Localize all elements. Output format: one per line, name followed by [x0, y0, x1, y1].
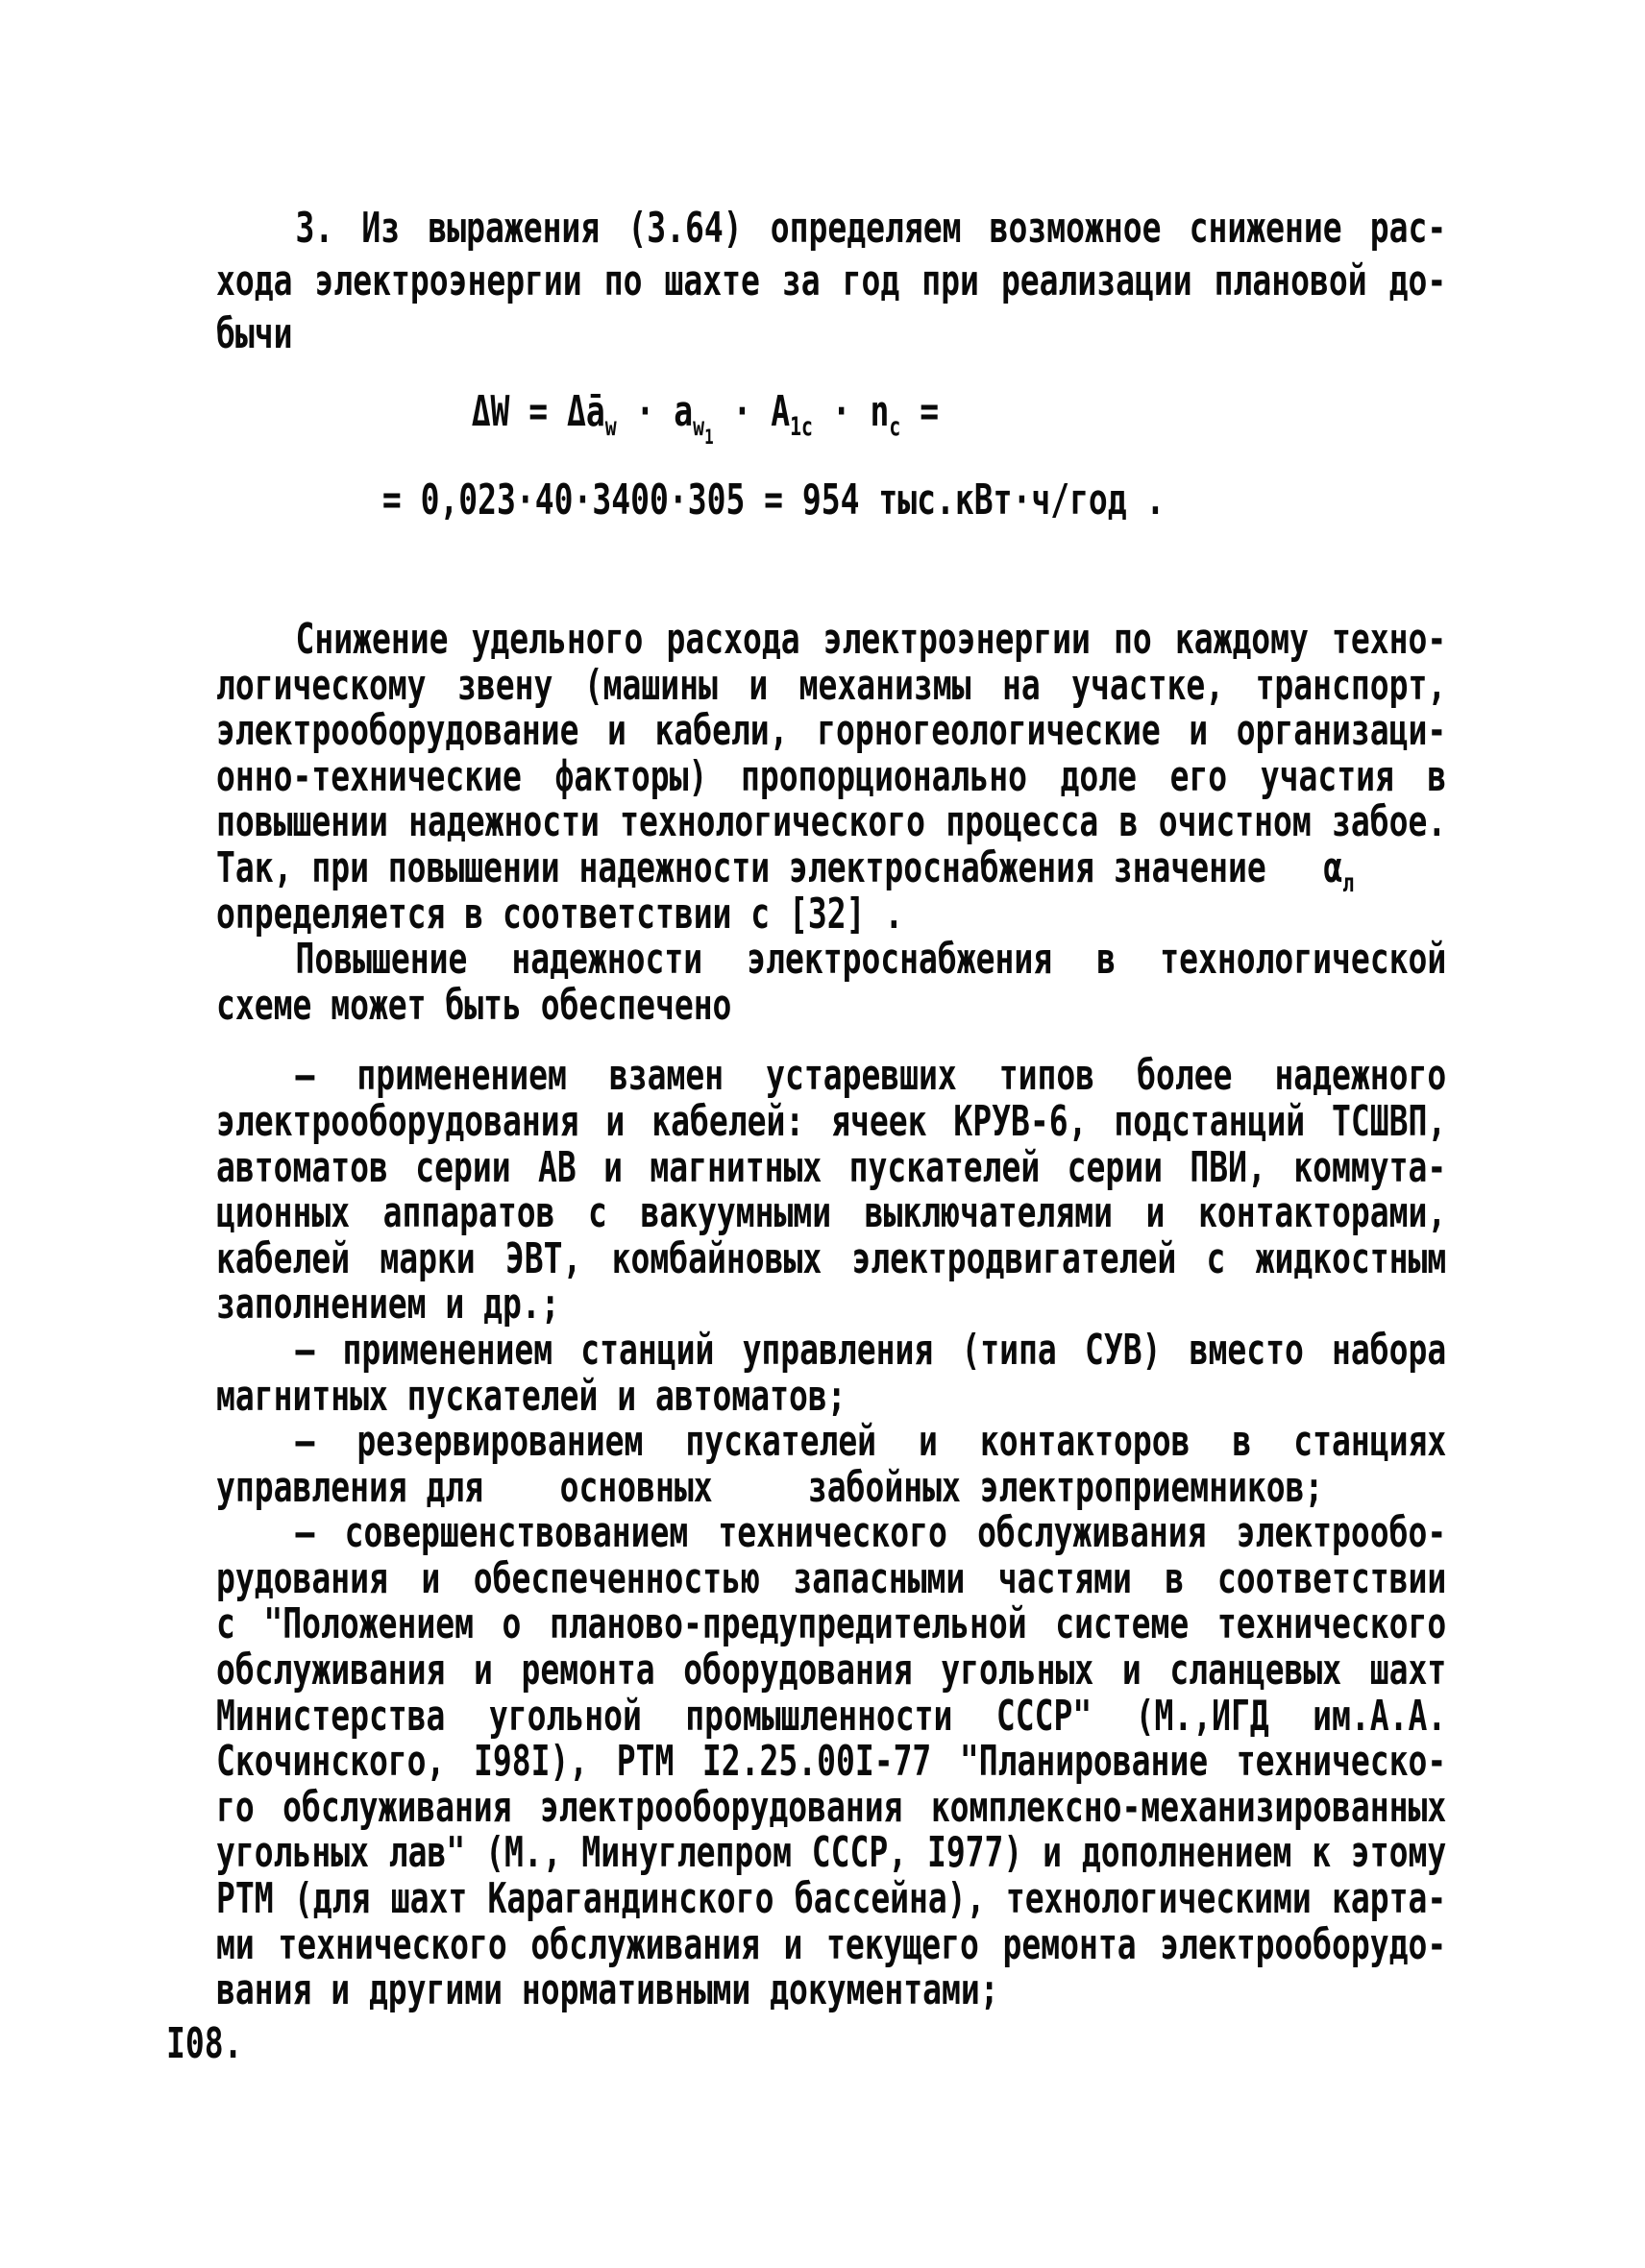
paragraph-main-line: электрооборудование и кабели, горногеоло… [216, 708, 1446, 754]
bullet-1-line: электрооборудования и кабелей: ячеек КРУ… [216, 1099, 1446, 1145]
paragraph-main: Снижение удельного расхода электроэнерги… [216, 617, 1446, 1028]
bullet-4-line: – совершенствованием технического обслуж… [216, 1510, 1446, 1556]
paragraph-intro-line: 3. Из выражения (3.64) определяем возмож… [216, 202, 1446, 255]
bullet-1-line: ционных аппаратов с вакуумными выключате… [216, 1190, 1446, 1236]
paragraph-intro-line: бычи [216, 307, 1446, 360]
bullet-1-line: автоматов серии АВ и магнитных пускателе… [216, 1145, 1446, 1191]
bullet-3: – резервированием пускателей и контактор… [216, 1419, 1446, 1510]
paragraph-intro: 3. Из выражения (3.64) определяем возмож… [216, 202, 1446, 360]
bullet-4-line: Скочинского, I98I), РТМ I2.25.00I-77 "Пл… [216, 1739, 1446, 1785]
bullet-1-line: заполнением и др.; [216, 1281, 1446, 1328]
paragraph-intro-line: хода электроэнергии по шахте за год при … [216, 255, 1446, 307]
bullet-1: – применением взамен устаревших типов бо… [216, 1053, 1446, 1328]
bullet-4-line: угольных лав" (М., Минуглепром СССР, I97… [216, 1830, 1446, 1876]
paragraph-main-line: схеме может быть обеспечено [216, 983, 1446, 1029]
bullet-4-line: рудования и обеспеченностью запасными ча… [216, 1556, 1446, 1602]
bullet-2-line: – применением станций управления (типа С… [216, 1328, 1446, 1374]
bullet-4-line: вания и другими нормативными документами… [216, 1967, 1446, 2013]
text-block: 3. Из выражения (3.64) определяем возмож… [216, 202, 1446, 2013]
page-number: I08. [166, 2021, 242, 2067]
formula: ΔW = Δāw · aw1 · A1c · nc == 0,023·40·34… [216, 389, 1446, 524]
bullet-2-line: магнитных пускателей и автоматов; [216, 1374, 1446, 1420]
bullet-3-line: управления для основных забойных электро… [216, 1465, 1446, 1511]
bullet-4-line: обслуживания и ремонта оборудования угол… [216, 1647, 1446, 1694]
scanned-document-page: 3. Из выражения (3.64) определяем возмож… [0, 0, 1645, 2268]
bullet-4-line: РТМ (для шахт Карагандинского бассейна),… [216, 1876, 1446, 1922]
bullet-1-line: кабелей марки ЭВТ, комбайновых электродв… [216, 1236, 1446, 1282]
paragraph-main-line: онно-технические факторы) пропорциональн… [216, 754, 1446, 800]
paragraph-main-line: Так, при повышении надежности электросна… [216, 845, 1446, 891]
bullet-4-line: ми технического обслуживания и текущего … [216, 1922, 1446, 1968]
formula-line: ΔW = Δāw · aw1 · A1c · nc = [216, 389, 1446, 435]
paragraph-main-line: Повышение надежности электроснабжения в … [216, 937, 1446, 983]
bullet-4-line: Министерства угольной промышленности ССС… [216, 1694, 1446, 1740]
formula-line: = 0,023·40·3400·305 = 954 тыс.кВт·ч/год … [216, 477, 1446, 524]
paragraph-main-line: Снижение удельного расхода электроэнерги… [216, 617, 1446, 663]
bullet-4-line: с "Положением о планово-предупредительно… [216, 1601, 1446, 1647]
bullet-4-line: го обслуживания электрооборудования комп… [216, 1785, 1446, 1831]
bullet-4: – совершенствованием технического обслуж… [216, 1510, 1446, 2013]
paragraph-main-line: определяется в соответствии с [32] . [216, 891, 1446, 938]
bullet-3-line: – резервированием пускателей и контактор… [216, 1419, 1446, 1465]
bullet-1-line: – применением взамен устаревших типов бо… [216, 1053, 1446, 1099]
bullet-2: – применением станций управления (типа С… [216, 1328, 1446, 1419]
paragraph-main-line: повышении надежности технологического пр… [216, 799, 1446, 845]
paragraph-main-line: логическому звену (машины и механизмы на… [216, 663, 1446, 709]
